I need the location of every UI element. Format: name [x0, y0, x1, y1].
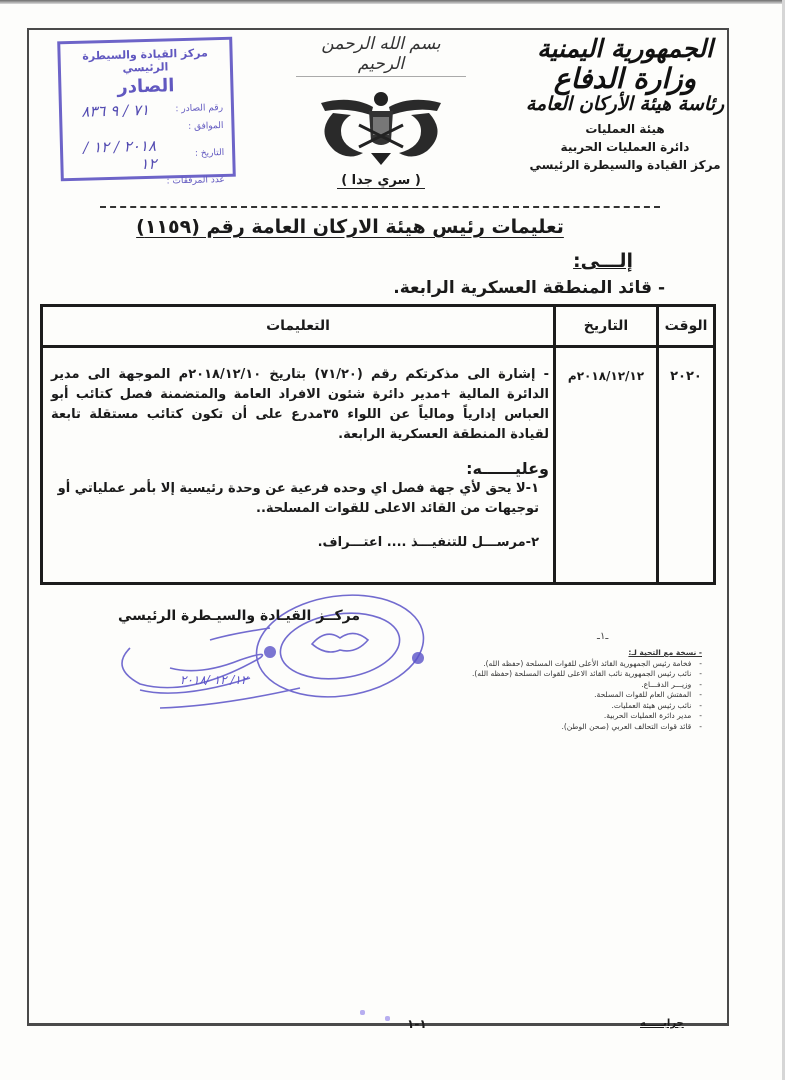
header-date: التاريخ — [556, 307, 656, 345]
header-instructions: التعليمات — [43, 307, 553, 345]
ministry-name: وزارة الدفاع — [525, 65, 725, 93]
stamp-field-date: التاريخ : ٢٠١٨ / ١٢ / ١٢ — [71, 135, 225, 175]
basmala: بسم الله الرحمن الرحيم — [296, 34, 466, 77]
instruction-item-2: ٢-مرســـل للتنفيـــذ .... اعتـــراف. — [51, 533, 549, 553]
cc-item: قائد قوات التحالف العربي (صحن الوطن). — [462, 722, 702, 733]
ink-mark — [385, 1016, 390, 1021]
column-divider — [656, 307, 659, 582]
document-title: تعليمات رئيس هيئة الاركان العامة رقم (١١… — [130, 216, 570, 238]
column-divider — [553, 307, 556, 582]
footer-code: جرابـــــه — [640, 1018, 684, 1029]
cell-date: ٢٠١٨/١٢/١٢م — [556, 369, 656, 383]
addressee-label: إلـــى: — [573, 250, 633, 272]
ink-mark — [360, 1010, 365, 1015]
presidency-name: رئاسة هيئة الأركان العامة — [525, 95, 725, 114]
stamp-org: مركز القيادة والسيطرة الرئيسي — [68, 46, 222, 76]
department-name: دائرة العمليات الحربية — [525, 140, 725, 154]
cc-item: مدير دائرة العمليات الحربية. — [462, 711, 702, 722]
stamp-type: الصادر — [69, 74, 222, 99]
separator-dashed — [100, 206, 660, 208]
outgoing-stamp: مركز القيادة والسيطرة الرئيسي الصادر رقم… — [57, 37, 236, 182]
header-divider — [43, 345, 713, 348]
stamp-field-corresponding: الموافق : — [70, 121, 223, 135]
addressee-recipient: - قائد المنطقة العسكرية الرابعة. — [393, 278, 665, 298]
instruction-item-1: ١-لا يحق لأي جهة فصل اي وحده فرعية عن وح… — [51, 479, 549, 519]
scan-edge-top — [0, 0, 785, 4]
cell-time: ٢٠٢٠ — [659, 369, 713, 384]
cc-mark: ـ١ـ — [597, 631, 608, 642]
cc-item: فخامة رئيس الجمهورية القائد الأعلى للقوا… — [462, 659, 702, 670]
instruction-paragraph: - إشارة الى مذكرتكم رقم (٧١/٢٠) بتاريخ ٢… — [51, 365, 549, 445]
cc-item: وزيـــر الدفـــاع. — [462, 680, 702, 691]
cc-list: - نسخة مع التحية لـ: فخامة رئيس الجمهوري… — [462, 648, 702, 732]
header-time: الوقت — [659, 307, 713, 345]
whereas-heading: وعليــــــه: — [51, 459, 549, 479]
cc-heading: - نسخة مع التحية لـ: — [462, 648, 702, 659]
eagle-emblem-icon — [311, 85, 451, 167]
instructions-table: الوقت التاريخ التعليمات ٢٠٢٠ ٢٠١٨/١٢/١٢م… — [40, 304, 716, 585]
cc-item: المفتش العام للقوات المسلحة. — [462, 690, 702, 701]
republic-name: الجمهورية اليمنية — [525, 36, 725, 61]
cc-item: نائب رئيس الجمهورية نائب القائد الاعلى ل… — [462, 669, 702, 680]
signatory-title: مركــز القيـادة والسيـطرة الرئيسي — [118, 608, 360, 624]
center-name: مركز القيادة والسيطرة الرئيسي — [525, 158, 725, 172]
authority-name: هيئة العمليات — [525, 122, 725, 136]
cc-item: نائب رئيس هيئة العمليات. — [462, 701, 702, 712]
header-center: بسم الله الرحمن الرحيم ( سري جدا ) — [296, 34, 466, 189]
cell-instructions: - إشارة الى مذكرتكم رقم (٧١/٢٠) بتاريخ ٢… — [51, 365, 549, 553]
page-number: ١-١ — [407, 1017, 427, 1031]
stamp-field-number: رقم الصادر : ٧١ / ٩ ٨٣٦ — [70, 99, 223, 121]
letterhead: الجمهورية اليمنية وزارة الدفاع رئاسة هيئ… — [525, 36, 725, 172]
classification-label: ( سري جدا ) — [337, 173, 425, 189]
svg-text:١٢/ ١٢ /٢٠١٨: ١٢/ ١٢ /٢٠١٨ — [180, 673, 249, 687]
